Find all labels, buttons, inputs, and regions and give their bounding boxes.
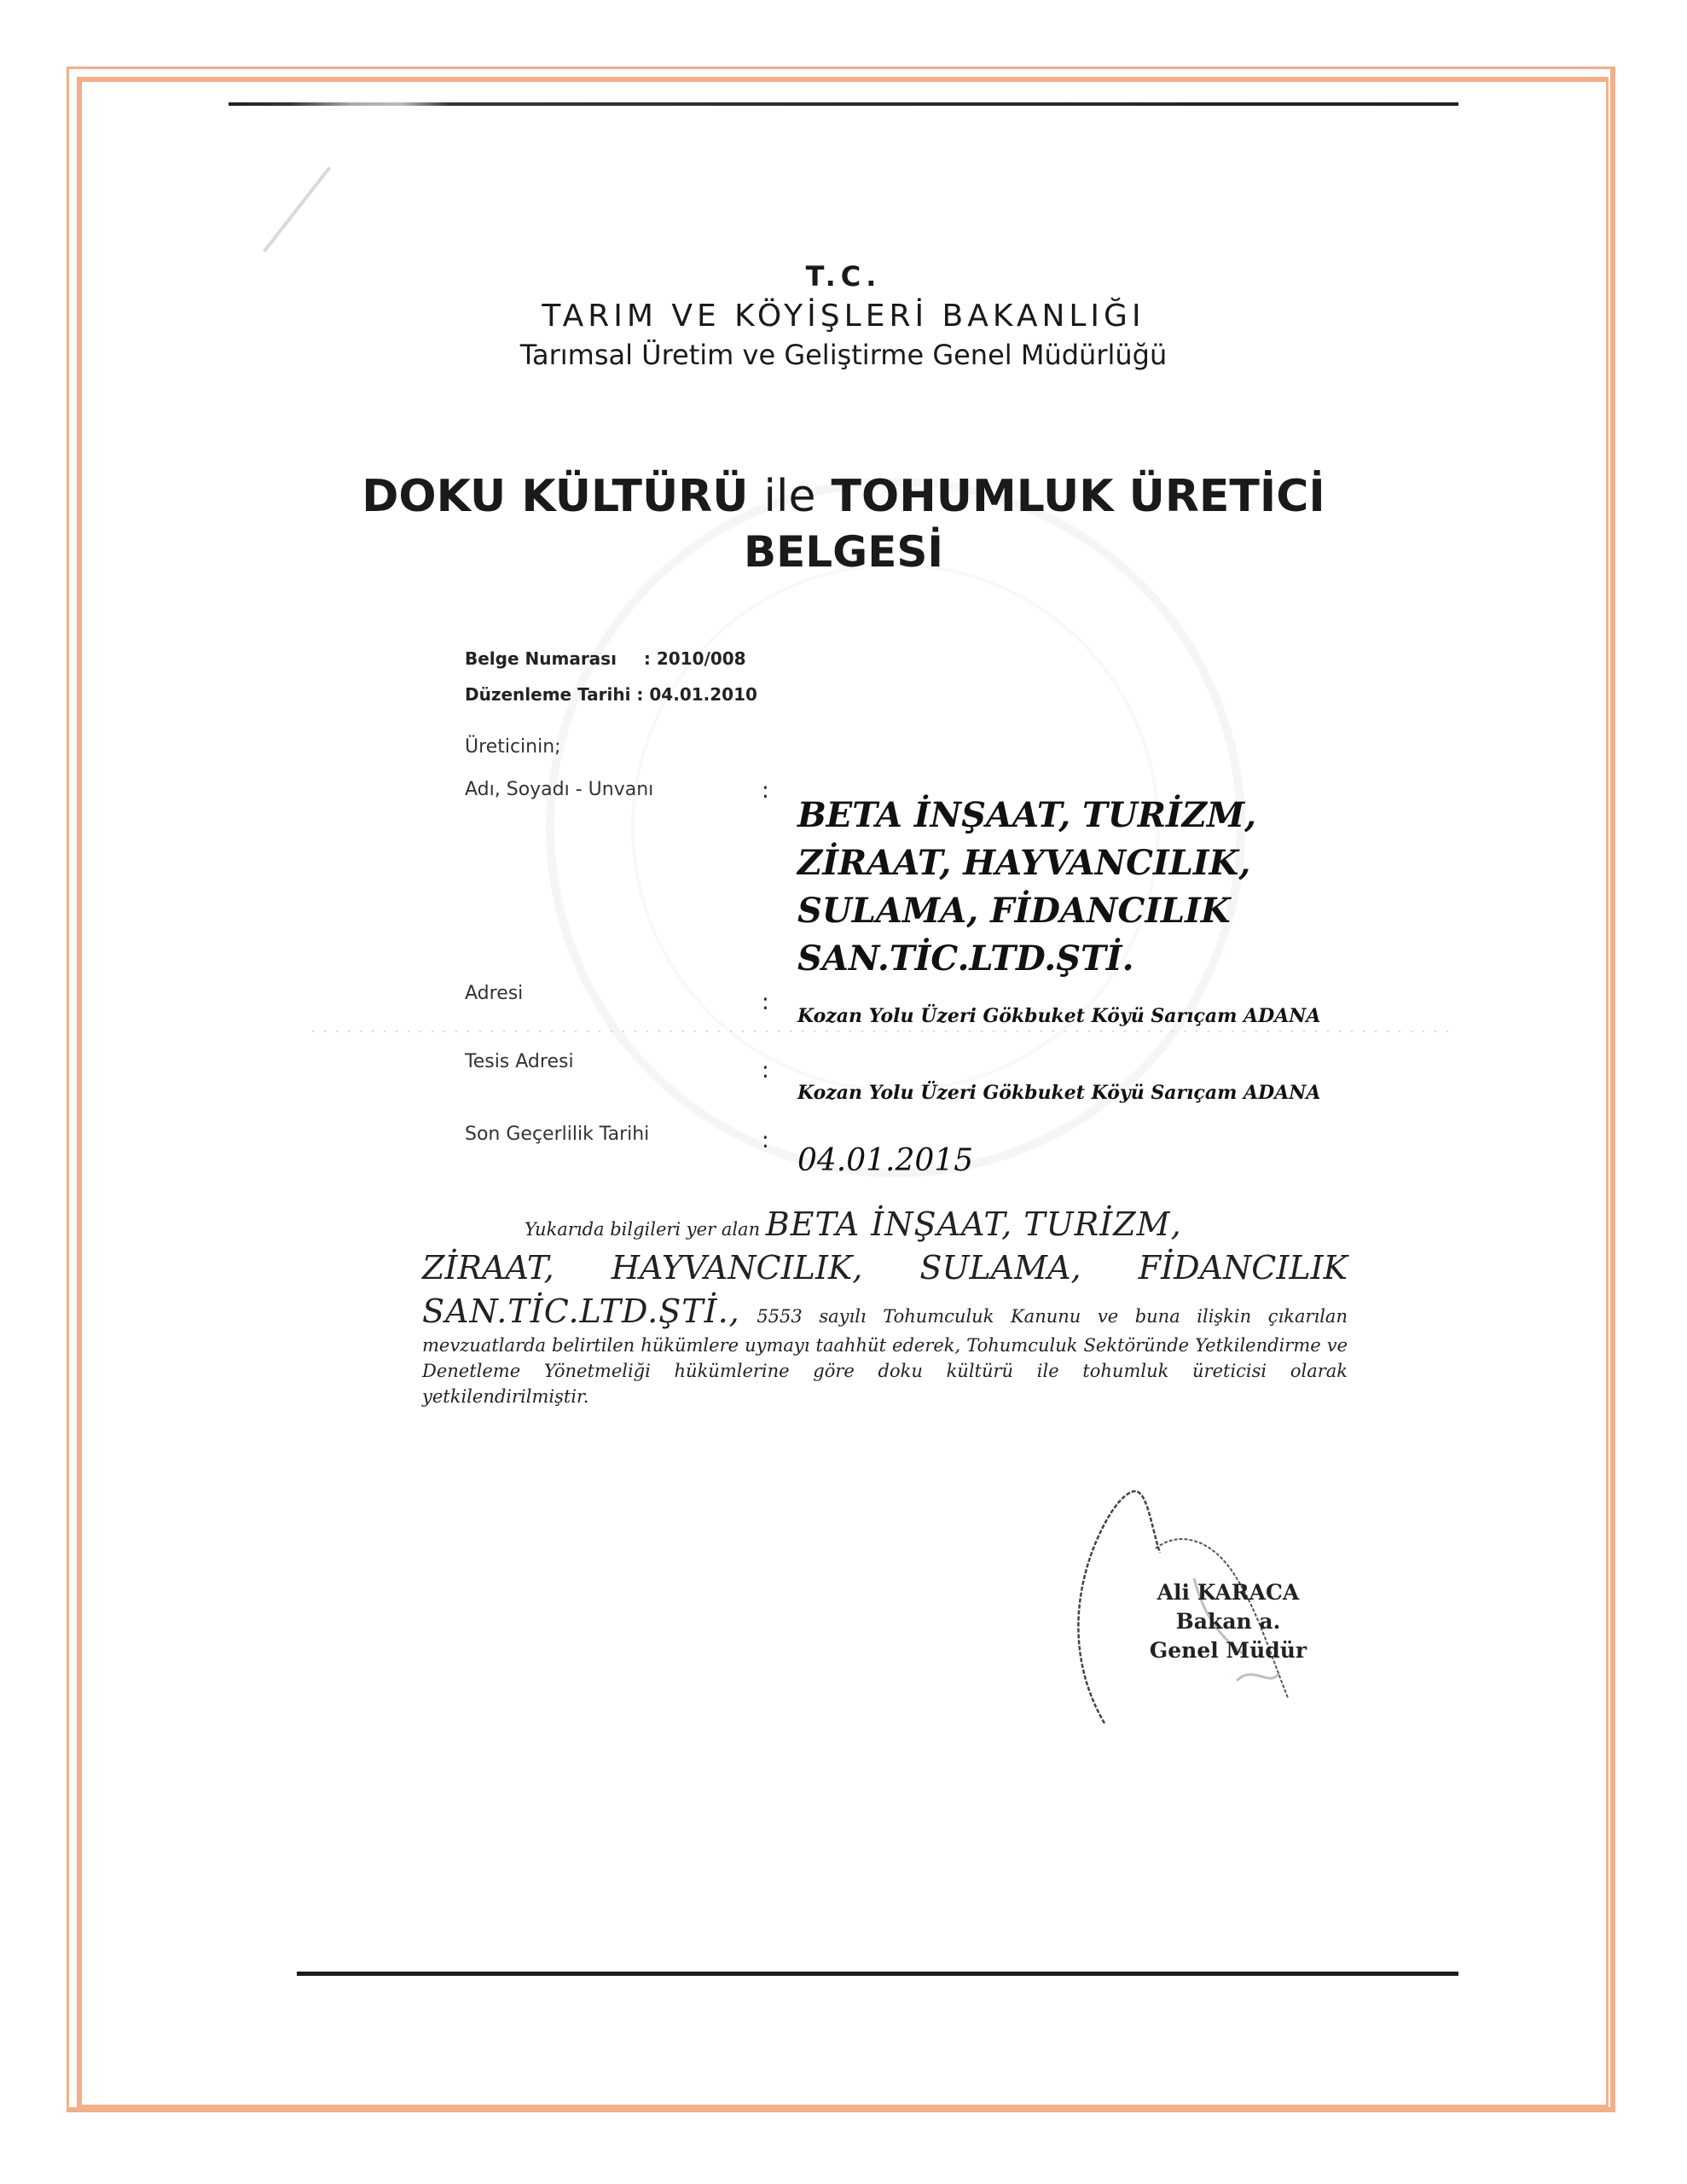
document-title: DOKU KÜLTÜRÜ ile TOHUMLUK ÜRETİCİ [0, 471, 1687, 522]
name-label: Adı, Soyadı - Unvanı [465, 779, 653, 800]
issue-date-value: : 04.01.2010 [636, 684, 757, 705]
document-title-line2: BELGESİ [0, 527, 1687, 577]
country-heading: T.C. [0, 260, 1687, 293]
issue-date-label: Düzenleme Tarihi [465, 684, 630, 705]
signatory-title: Genel Müdür [1117, 1636, 1339, 1665]
expiry-colon: : [762, 1128, 769, 1153]
doc-number-label: Belge Numarası [465, 648, 617, 669]
issue-date: Düzenleme Tarihi : 04.01.2010 [465, 684, 757, 705]
address-label: Adresi [465, 983, 523, 1004]
scan-artifact-dotted-line [307, 1031, 1450, 1032]
facility-address-value: Kozan Yolu Üzeri Gökbuket Köyü Sarıçam A… [797, 1082, 1320, 1104]
doc-number-value: : 2010/008 [644, 648, 746, 669]
facility-address-colon: : [762, 1058, 769, 1083]
expiry-label: Son Geçerlilik Tarihi [465, 1124, 649, 1145]
doc-number: Belge Numarası : 2010/008 [465, 648, 746, 669]
company-name-line: ZİRAAT, HAYVANCILIK, [797, 839, 1256, 887]
company-name-line: SAN.TİC.LTD.ŞTİ. [797, 935, 1256, 983]
paragraph-intro: Yukarıda bilgileri yer alan [525, 1219, 760, 1240]
expiry-value: 04.01.2015 [797, 1143, 973, 1178]
company-name-line: SULAMA, FİDANCILIK [797, 887, 1256, 935]
producer-heading: Üreticinin; [465, 736, 561, 758]
company-name: BETA İNŞAAT, TURİZM, ZİRAAT, HAYVANCILIK… [797, 792, 1256, 983]
signatory-on-behalf: Bakan a. [1117, 1607, 1339, 1636]
facility-address-label: Tesis Adresi [465, 1051, 574, 1072]
address-colon: : [762, 990, 769, 1015]
company-name-line: BETA İNŞAAT, TURİZM, [797, 792, 1256, 839]
authorization-paragraph: Yukarıda bilgileri yer alan BETA İNŞAAT,… [422, 1203, 1348, 1409]
paragraph-company-1: BETA İNŞAAT, TURİZM, [766, 1205, 1182, 1243]
paragraph-company-2: ZİRAAT, HAYVANCILIK, SULAMA, FİDANCILIK [422, 1246, 1348, 1290]
title-part-3: TOHUMLUK ÜRETİCİ [832, 471, 1325, 522]
signatory-name: Ali KARACA [1117, 1578, 1339, 1607]
ministry-heading: TARIM VE KÖYİŞLERİ BAKANLIĞI [0, 299, 1687, 334]
directorate-heading: Tarımsal Üretim ve Geliştirme Genel Müdü… [0, 339, 1687, 371]
name-colon: : [762, 778, 769, 804]
title-part-1: DOKU KÜLTÜRÜ [362, 471, 748, 522]
address-value: Kozan Yolu Üzeri Gökbuket Köyü Sarıçam A… [797, 1005, 1320, 1027]
bottom-rule [297, 1972, 1458, 1976]
paragraph-company-3: SAN.TİC.LTD.ŞTİ., [422, 1292, 740, 1330]
signatory: Ali KARACA Bakan a. Genel Müdür [1117, 1578, 1339, 1665]
title-part-2: ile [764, 471, 816, 522]
top-rule [229, 102, 1458, 106]
